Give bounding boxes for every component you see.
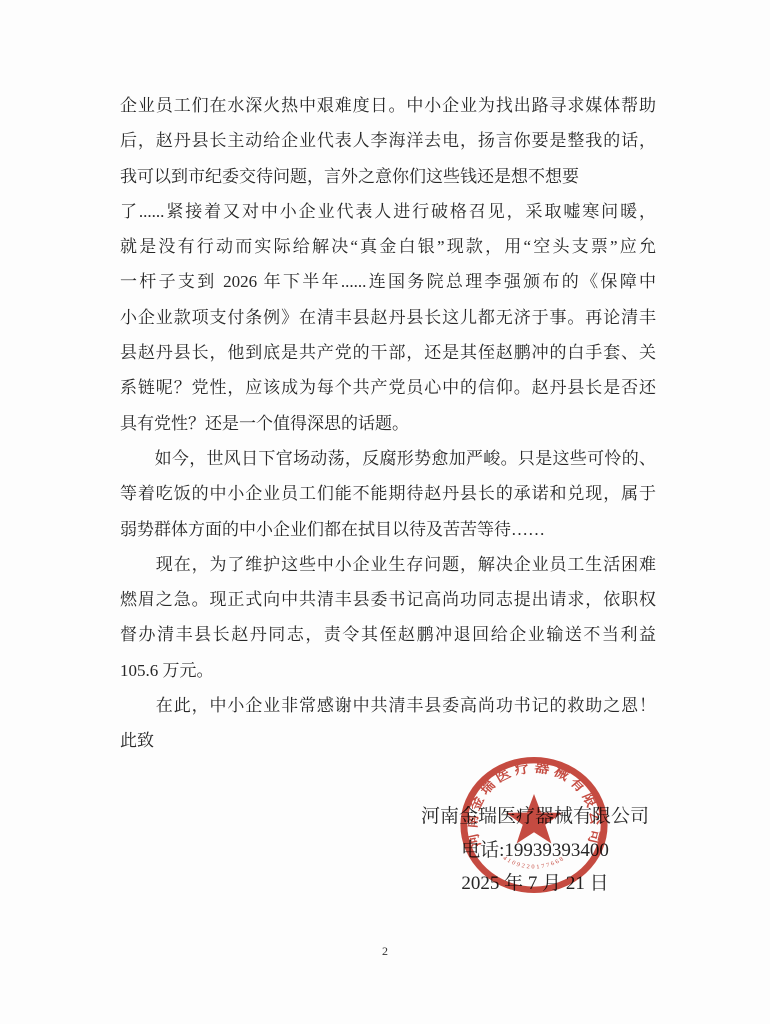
body-line: 如今，世风日下官场动荡，反腐形势愈加严峻。只是这些可怜的、 bbox=[120, 441, 656, 476]
body-line: 就是没有行动而实际给解决“真金白银”现款，用“空头支票”应允 bbox=[120, 229, 656, 264]
document-page: 企业员工们在水深火热中艰难度日。中小企业为找出路寻求媒体帮助 后，赵丹县长主动给… bbox=[0, 0, 770, 1024]
seal-code-text: 4109220177668 bbox=[501, 856, 566, 871]
body-line: 督办清丰县长赵丹同志，责令其侄赵鹏冲退回给企业输送不当利益 bbox=[120, 617, 656, 652]
body-line: 弱势群体方面的中小企业们都在拭目以待及苦苦等待…… bbox=[120, 512, 656, 547]
body-line: 系链呢？党性，应该成为每个共产党员心中的信仰。赵丹县长是否还 bbox=[120, 370, 656, 405]
body-line: 等着吃饭的中小企业员工们能不能期待赵丹县长的承诺和兑现，属于 bbox=[120, 476, 656, 511]
body-line: 现在，为了维护这些中小企业生存问题，解决企业员工生活困难 bbox=[120, 547, 656, 582]
body-line: 我可以到市纪委交待问题，言外之意你们这些钱还是想不想要 bbox=[120, 159, 656, 194]
body-line: 一杆子支到 2026 年下半年......连国务院总理李强颁布的《保障中 bbox=[120, 264, 656, 299]
body-line: 具有党性？还是一个值得深思的话题。 bbox=[120, 406, 656, 441]
body-line: 在此，中小企业非常感谢中共清丰县委高尚功书记的救助之恩！ bbox=[120, 688, 656, 723]
body-line: 105.6 万元。 bbox=[120, 653, 656, 688]
letter-body: 企业员工们在水深火热中艰难度日。中小企业为找出路寻求媒体帮助 后，赵丹县长主动给… bbox=[120, 88, 656, 759]
svg-text:4109220177668: 4109220177668 bbox=[501, 856, 566, 871]
body-line: 小企业款项支付条例》在清丰县赵丹县长这儿都无济于事。再论清丰 bbox=[120, 300, 656, 335]
body-line: 了......紧接着又对中小企业代表人进行破格召见，采取嘘寒问暖， bbox=[120, 194, 656, 229]
company-seal-stamp: 河南金瑞医疗器械有限公司 4109220177668 bbox=[455, 752, 613, 898]
body-line: 后，赵丹县长主动给企业代表人李海洋去电，扬言你要是整我的话， bbox=[120, 123, 656, 158]
body-line: 县赵丹县长，他到底是共产党的干部，还是其侄赵鹏冲的白手套、关 bbox=[120, 335, 656, 370]
body-line: 燃眉之急。现正式向中共清丰县委书记高尚功同志提出请求，依职权 bbox=[120, 582, 656, 617]
star-icon bbox=[506, 794, 562, 844]
page-number: 2 bbox=[0, 944, 770, 959]
body-line: 企业员工们在水深火热中艰难度日。中小企业为找出路寻求媒体帮助 bbox=[120, 88, 656, 123]
